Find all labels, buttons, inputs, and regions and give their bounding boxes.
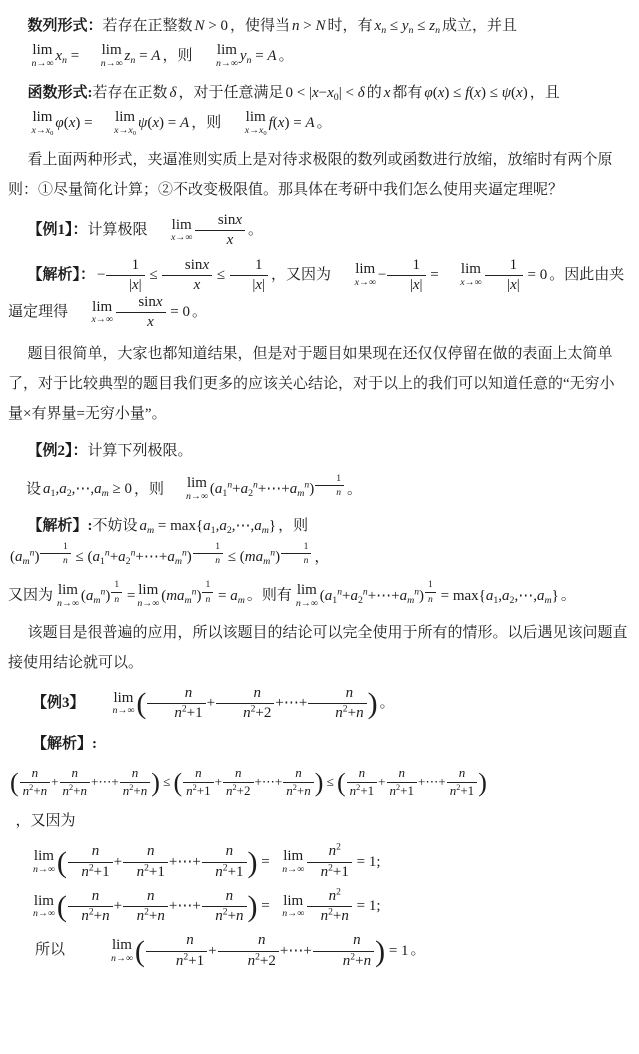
math-symbol: ≤ [413, 18, 429, 34]
math-symbol: 2 [336, 842, 341, 853]
para-example2-solution-step1: 【解析】:不妨设am = max{a1,a2,⋯,am}，则(amn)1n ≤ … [8, 511, 629, 572]
limit-operator: limn→∞ [12, 43, 53, 69]
math-variable: n [185, 685, 193, 701]
text-run: 都有 [392, 85, 422, 101]
subscript: m [262, 525, 269, 536]
math-variable: a [203, 518, 211, 534]
math-symbol: ) [523, 85, 528, 101]
math-symbol: = 1; [353, 898, 381, 914]
bold-label: 【解析】： [28, 267, 96, 283]
math-symbol: 1 [255, 257, 263, 273]
subscript: n [435, 25, 440, 36]
math-variable: n [174, 705, 182, 721]
math-symbol: > 0 [205, 18, 228, 34]
math-variable: n [41, 783, 48, 798]
math-variable: x [227, 232, 234, 248]
formula: limn→∞(nn2+1+nn2+2+⋯+nn2+n) [85, 695, 380, 711]
math-symbol: − [319, 85, 327, 101]
superscript: 1n [314, 479, 345, 490]
fraction: sinxx [162, 257, 212, 295]
math-symbol: 1 [510, 257, 518, 273]
math-symbol: 1 [304, 541, 309, 552]
fraction: nn2+1 [347, 766, 378, 799]
math-symbol: +1 [360, 783, 374, 798]
math-symbol: ,⋯, [514, 588, 537, 604]
math-symbol: +2 [237, 783, 251, 798]
math-symbol: ≤ [160, 774, 174, 789]
limit-operator: limn→∞ [23, 894, 55, 920]
superscript: 2 [336, 842, 341, 853]
math-variable: x [384, 85, 391, 101]
superscript: 1n [110, 586, 123, 597]
formula: limn→∞(a1n+a2n+⋯+amn)1n [164, 481, 347, 497]
math-symbol: +⋯+ [135, 549, 167, 565]
fraction: nn2+n [60, 766, 91, 799]
math-symbol: +1 [94, 864, 110, 880]
fraction: n2n2+n [307, 888, 352, 926]
fraction: 1|x| [230, 257, 268, 295]
text-run: 题目很简单，大家也都知道结果，但是对于题目如果现在还仅仅停留在做的表面上太简单了… [8, 346, 615, 422]
math-variable: n [137, 908, 145, 924]
math-variable: x [327, 85, 334, 101]
math-symbol: ) ≤ [481, 85, 502, 101]
text-run: 。 [279, 48, 294, 64]
text-run: ， [314, 549, 329, 565]
formula: (nn2+n+nn2+n+⋯+nn2+n) ≤ (nn2+1+nn2+2+⋯+n… [8, 774, 489, 789]
math-symbol: ≤ [146, 267, 162, 283]
fraction: 1n [40, 541, 70, 566]
fraction: nn2+1 [202, 843, 247, 881]
math-symbol: } [552, 588, 559, 604]
math-symbol: = 1; [353, 854, 381, 870]
math-symbol: 1 [114, 579, 119, 590]
text-run: 。 [317, 115, 332, 131]
fraction: nn2+2 [223, 766, 254, 799]
math-variable: n [147, 843, 155, 859]
math-variable: a [118, 549, 126, 565]
math-variable: n [295, 765, 302, 780]
text-run: 。 [561, 588, 576, 604]
para-example3-limit-lower: limn→∞(nn2+n+nn2+n+⋯+nn2+n) =limn→∞n2n2+… [8, 888, 629, 926]
subscript: 0 [133, 130, 136, 137]
text-run: 若存在正数 [93, 85, 168, 101]
math-variable: n [248, 953, 256, 969]
math-symbol: + [110, 549, 118, 565]
text-run: 计算下列极限。 [88, 443, 193, 459]
math-symbol: 1 [205, 579, 210, 590]
text-run: 所以 [35, 943, 80, 959]
limit-operator: limx→x0 [225, 110, 266, 136]
math-symbol: sin [138, 294, 156, 310]
fraction: 1|x| [485, 257, 523, 295]
math-symbol: → [36, 125, 46, 136]
math-variable: x [156, 294, 163, 310]
math-symbol: = 0 [167, 304, 190, 320]
bold-label: 【例3】 [32, 695, 85, 711]
superscript: 1n [280, 548, 312, 559]
text-run: ，则 [191, 115, 221, 131]
big-paren-open: ( [337, 768, 346, 797]
text-run: ，则 [134, 481, 164, 497]
fraction: 1n [281, 541, 311, 566]
math-symbol: 0 [50, 130, 53, 137]
subscript: m [185, 595, 192, 606]
math-variable: x [202, 257, 209, 273]
math-variable: n [304, 783, 311, 798]
formula: N > 0 [193, 18, 230, 34]
formula: δ [168, 85, 179, 101]
math-symbol: = [67, 48, 79, 64]
big-paren-close: ) [248, 845, 258, 878]
text-run: ，则 [162, 48, 192, 64]
math-symbol: = 0 [524, 267, 547, 283]
math-symbol: = [427, 267, 439, 283]
math-variable: n [321, 908, 329, 924]
math-symbol: →∞ [191, 491, 208, 502]
formula: limn→∞yn = A [192, 48, 278, 64]
math-variable: δ [358, 85, 365, 101]
math-symbol: →∞ [287, 864, 304, 875]
math-symbol: { [479, 588, 486, 604]
formula: −1|x| ≤ sinxx ≤ 1|x| [95, 267, 271, 283]
fraction: nn2+n [120, 766, 151, 799]
math-variable: a [167, 549, 175, 565]
text-run: ，又因为 [271, 267, 331, 283]
math-symbol: + [207, 695, 215, 711]
math-variable: y [240, 48, 247, 64]
math-variable: m [262, 525, 269, 536]
math-variable: n [258, 932, 266, 948]
big-paren-open: ( [174, 768, 183, 797]
math-symbol: →∞ [116, 953, 133, 964]
formula: n > N [290, 18, 327, 34]
formula: 0 < |x−x0| < δ [284, 85, 367, 101]
math-symbol: +⋯+ [255, 774, 283, 789]
text-run: 不妨设 [93, 518, 138, 534]
math-variable: n [102, 908, 110, 924]
text-run: 成立，并且 [442, 18, 517, 34]
math-variable: N [195, 18, 205, 34]
fraction: 1n [425, 579, 436, 604]
math-variable: n [114, 594, 119, 605]
formula: (amn)1n ≤ (a1n+a2n+⋯+amn)1n ≤ (mamn)1n [8, 549, 314, 565]
math-symbol: sin [218, 212, 236, 228]
fraction: nn2+1 [447, 766, 478, 799]
math-variable: x [510, 277, 517, 293]
big-paren-close: ) [368, 687, 378, 720]
math-symbol: ≤ [323, 774, 337, 789]
big-paren-open: ( [57, 845, 67, 878]
limit-operator: limx→x0 [12, 110, 53, 136]
math-variable: n [137, 864, 145, 880]
math-symbol: = [251, 48, 267, 64]
math-variable: n [195, 765, 202, 780]
math-symbol: + [355, 953, 363, 969]
math-symbol: +⋯+ [368, 588, 400, 604]
math-variable: n [215, 555, 220, 566]
math-variable: n [292, 18, 300, 34]
formula: limx→∞sinxx [148, 222, 249, 238]
math-variable: ma [166, 588, 184, 604]
limit-operator: limx→∞ [441, 262, 482, 288]
math-symbol: →∞ [38, 908, 55, 919]
math-symbol: +⋯+ [280, 943, 312, 959]
big-paren-close: ) [375, 934, 385, 967]
formula: limx→∞−1|x| =limx→∞1|x| = 0 [331, 267, 549, 283]
math-symbol: | [139, 277, 142, 293]
big-paren-close: ) [248, 890, 258, 923]
text-run: 又因为 [8, 588, 53, 604]
formula: limn→∞(nn2+n+nn2+n+⋯+nn2+n) =limn→∞n2n2+… [19, 898, 383, 914]
big-paren-open: ( [136, 687, 146, 720]
formula: limx→x0φ(x) =limx→x0ψ(x) = A [8, 115, 191, 131]
math-symbol: + [114, 854, 122, 870]
math-variable: n [205, 594, 210, 605]
fraction: nn2+2 [216, 685, 274, 723]
math-symbol: +1 [460, 783, 474, 798]
superscript: 1n [192, 548, 224, 559]
math-variable: A [180, 115, 189, 131]
limit-operator: limx→∞ [335, 262, 376, 288]
para-example3-title: 【例3】limn→∞(nn2+1+nn2+2+⋯+nn2+n)。 [8, 685, 629, 723]
math-variable: y [402, 18, 409, 34]
formula: a1,a2,⋯,am ≥ 0 [41, 481, 134, 497]
limit-operator: limn→∞ [196, 43, 237, 69]
math-symbol: → [249, 125, 259, 136]
math-symbol: → [119, 125, 129, 136]
math-variable: a [350, 588, 358, 604]
math-symbol: ≤ ( [72, 549, 93, 565]
fraction: nn2+n [20, 766, 51, 799]
math-symbol: +⋯+ [169, 854, 201, 870]
math-symbol: 0 < | [286, 85, 312, 101]
text-run: 的 [367, 85, 382, 101]
math-symbol: + [114, 898, 122, 914]
math-variable: a [59, 481, 67, 497]
math-symbol: ≤ [213, 267, 229, 283]
fraction: nn2+n [283, 766, 314, 799]
math-symbol: = [135, 48, 151, 64]
math-symbol: 1 [215, 541, 220, 552]
math-variable: φ [55, 115, 63, 131]
superscript: 2 [336, 886, 341, 897]
math-variable: n [304, 555, 309, 566]
formula: limx→∞sinxx = 0 [68, 304, 192, 320]
math-variable: A [305, 115, 314, 131]
math-symbol: = [214, 588, 230, 604]
math-symbol: + [232, 481, 240, 497]
subscript: m [175, 556, 182, 567]
math-variable: A [267, 48, 276, 64]
text-run: 若存在正整数 [103, 18, 193, 34]
formula: limn→∞(nn2+1+nn2+2+⋯+nn2+n) = 1 [80, 943, 411, 959]
math-symbol: max [453, 588, 479, 604]
math-variable: m [23, 556, 30, 567]
text-run: 。 [248, 222, 263, 238]
math-variable: x [194, 277, 201, 293]
fraction: nn2+1 [68, 843, 113, 881]
big-paren-open: ( [57, 890, 67, 923]
text-run: 设 [26, 481, 41, 497]
math-variable: n [428, 594, 433, 605]
math-symbol: →∞ [221, 58, 238, 69]
text-run: 。则有 [247, 588, 292, 604]
limit-operator: limn→∞ [57, 583, 79, 609]
math-symbol: + [215, 774, 222, 789]
math-symbol: } [269, 518, 276, 534]
math-variable: n [399, 765, 406, 780]
math-variable: n [141, 783, 148, 798]
math-variable: n [226, 843, 234, 859]
math-symbol: +1 [197, 783, 211, 798]
bold-label: 【解析】: [28, 518, 93, 534]
text-run: ，则 [278, 518, 308, 534]
math-symbol: +⋯+ [169, 898, 201, 914]
math-variable: n [81, 864, 89, 880]
math-symbol: ,⋯, [72, 481, 95, 497]
math-symbol: = [154, 518, 170, 534]
math-variable: n [157, 908, 165, 924]
limit-operator: limn→∞ [81, 43, 122, 69]
math-variable: n [243, 705, 251, 721]
math-variable: n [329, 888, 337, 904]
math-symbol: →∞ [465, 277, 482, 288]
math-variable: x [147, 314, 154, 330]
para-function-form: 函数形式:若存在正数δ，对于任意满足0 < |x−x0| < δ的x都有φ(x)… [8, 78, 629, 138]
text-run: 时，有 [328, 18, 373, 34]
math-variable: n [335, 705, 343, 721]
text-run: 。 [411, 943, 426, 959]
math-symbol: | < [339, 85, 358, 101]
math-variable: n [346, 685, 354, 701]
text-run: 。 [347, 481, 362, 497]
math-symbol: + [51, 774, 58, 789]
math-variable: n [186, 932, 194, 948]
superscript: 1n [201, 586, 214, 597]
math-symbol: +1 [188, 953, 204, 969]
fraction: n2n2+1 [307, 843, 352, 881]
math-symbol: + [348, 705, 356, 721]
math-variable: a [254, 518, 262, 534]
math-symbol: + [208, 943, 216, 959]
math-variable: n [329, 843, 337, 859]
bold-label: 【例2】： [28, 443, 88, 459]
para-example2-solution-step2: 又因为limn→∞(amn)1n =limn→∞(mamn)1n = am。则有… [8, 579, 629, 610]
para-example1-remark: 题目很简单，大家也都知道结果，但是对于题目如果现在还仅仅停留在做的表面上太简单了… [8, 339, 629, 429]
math-variable: x [235, 212, 242, 228]
math-variable: m [175, 556, 182, 567]
para-example2-remark: 该题目是很普遍的应用，所以该题目的结论可以完全使用于所有的情形。以后遇见该问题直… [8, 618, 629, 678]
limit-operator: limn→∞ [272, 849, 304, 875]
math-symbol: ≤ ( [224, 549, 245, 565]
para-example2-problem: 设a1,a2,⋯,am ≥ 0，则limn→∞(a1n+a2n+⋯+amn)1n… [8, 473, 629, 504]
math-variable: m [102, 488, 109, 499]
math-symbol: +1 [149, 864, 165, 880]
math-variable: n [147, 888, 155, 904]
math-variable: n [92, 843, 100, 859]
fraction: nn2+n [313, 932, 374, 970]
math-symbol: 0 [133, 130, 136, 137]
math-symbol: = 1 [385, 943, 408, 959]
fraction: nn2+n [202, 888, 247, 926]
math-symbol: + [73, 783, 80, 798]
math-variable: n [32, 765, 39, 780]
math-symbol: →∞ [36, 58, 53, 69]
formula: x [382, 85, 393, 101]
math-variable: a [140, 518, 148, 534]
fraction: nn2+1 [147, 685, 205, 723]
math-symbol: ≤ [386, 18, 402, 34]
math-variable: n [364, 953, 372, 969]
text-run: 。 [380, 695, 395, 711]
math-variable: ψ [502, 85, 511, 101]
math-variable: m [185, 595, 192, 606]
limit-operator: limn→∞ [84, 938, 133, 964]
math-variable: n [253, 685, 261, 701]
math-variable: n [353, 932, 361, 948]
math-variable: φ [424, 85, 432, 101]
formula: am = max{a1,a2,⋯,am} [138, 518, 279, 534]
math-symbol: sin [185, 257, 203, 273]
big-paren-close: ) [151, 768, 160, 797]
text-run: 看上面两种形式，夹逼准则实质上是对待求极限的数列或函数进行放缩，放缩时有两个原则… [8, 152, 613, 198]
math-variable: x [413, 277, 420, 293]
math-variable: n [81, 908, 89, 924]
para-example1-solution: 【解析】：−1|x| ≤ sinxx ≤ 1|x|，又因为limx→∞−1|x|… [8, 257, 629, 332]
text-run: ，使得当 [230, 18, 290, 34]
math-variable: a [230, 588, 238, 604]
para-sequence-form: 数列形式：若存在正整数N > 0，使得当n > N时，有xn ≤ yn ≤ zn… [8, 11, 629, 71]
math-variable: a [241, 481, 249, 497]
subscript: m [23, 556, 30, 567]
big-paren-open: ( [10, 768, 19, 797]
fraction: nn2+n [308, 685, 366, 723]
fraction: nn2+1 [387, 766, 418, 799]
fraction: nn2+1 [183, 766, 214, 799]
math-variable: n [235, 765, 242, 780]
math-variable: a [502, 588, 510, 604]
subscript: m [238, 595, 245, 606]
text-run: ，又因为 [16, 813, 76, 829]
fraction: nn2+n [123, 888, 168, 926]
math-variable: a [94, 481, 102, 497]
para-example3-solution-label: 【解析】: [8, 729, 629, 759]
math-symbol: →∞ [142, 598, 159, 609]
math-symbol: − [97, 267, 105, 283]
para-example1-title: 【例1】：计算极限limx→∞sinxx。 [8, 212, 629, 250]
limit-operator: limx→∞ [152, 218, 193, 244]
math-symbol: 1 [428, 579, 433, 590]
formula: limn→∞(amn)1n =limn→∞(mamn)1n = am [53, 588, 247, 604]
text-run: 计算极限 [88, 222, 148, 238]
math-symbol: + [133, 783, 140, 798]
math-variable: a [219, 518, 227, 534]
math-symbol: →∞ [287, 908, 304, 919]
math-variable: a [15, 549, 23, 565]
para-example2-title: 【例2】：计算下列极限。 [8, 436, 629, 466]
math-symbol: = [123, 588, 135, 604]
para-example3-connector: ，又因为 [8, 806, 629, 836]
fraction: 1n [202, 579, 213, 604]
math-variable: ma [245, 549, 263, 565]
math-variable: m [93, 595, 100, 606]
math-symbol: →∞ [106, 58, 123, 69]
math-symbol: +2 [260, 953, 276, 969]
superscript: 1n [424, 586, 437, 597]
math-symbol: +⋯+ [91, 774, 119, 789]
para-example3-inequality: (nn2+n+nn2+n+⋯+nn2+n) ≤ (nn2+1+nn2+2+⋯+n… [8, 766, 629, 799]
subscript: m [93, 595, 100, 606]
